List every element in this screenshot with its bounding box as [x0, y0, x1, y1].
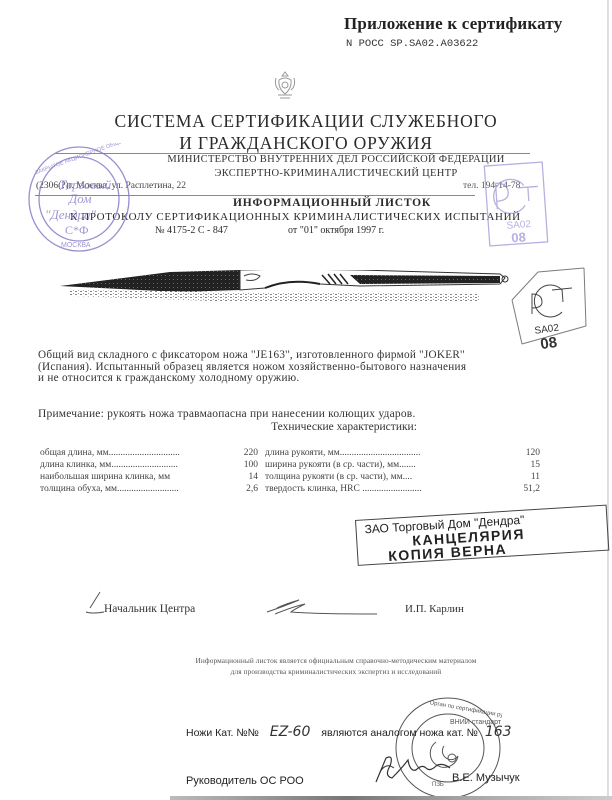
spec-row: наибольшая ширина клинка, мм 14 толщина … — [40, 472, 560, 484]
spec-value: 14 — [228, 472, 258, 482]
spec-value: 100 — [228, 460, 258, 470]
handwritten-knife-number: 163 — [485, 724, 512, 740]
svg-text:МОСКВА: МОСКВА — [61, 242, 91, 249]
spec-value: 11 — [510, 472, 540, 482]
spec-label: толщина обуха, мм.......................… — [40, 484, 179, 494]
coat-of-arms-icon — [268, 68, 302, 102]
spec-label: длина клинка, мм........................… — [40, 460, 178, 470]
note: Примечание: рукоять ножа травмаопасна пр… — [38, 408, 416, 420]
protocol-date: от "01" октября 1997 г. — [288, 225, 384, 236]
certified-copy-stamp: ЗАО Торговый Дом "Дендра" КАНЦЕЛЯРИЯ КОП… — [355, 505, 609, 566]
spec-label: ширина рукояти (в ср. части), мм....... — [265, 460, 416, 470]
description-line1: Общий вид складного с фиксатором ножа ''… — [38, 350, 578, 362]
analog-middle: являются аналогом ножа кат. № — [321, 727, 478, 739]
spec-value: 15 — [510, 460, 540, 470]
os-name: В.Е. Музычук — [452, 772, 520, 784]
spec-value: 51,2 — [510, 484, 540, 494]
rst-stamp-purple: SA02 08 — [483, 160, 549, 248]
spec-label: толщина рукояти (в ср. части), мм.... — [265, 472, 412, 482]
tech-specs-title: Технические характеристики: — [38, 421, 612, 433]
copy-stamp-verified: КОПИЯ ВЕРНА — [388, 541, 508, 564]
protocol-number: № 4175-2 С - 847 — [155, 225, 228, 236]
svg-text:С*Ф: С*Ф — [65, 223, 88, 237]
spec-row: длина клинка, мм........................… — [40, 460, 560, 472]
svg-text:08: 08 — [511, 229, 526, 245]
knife-image — [60, 270, 520, 320]
handwritten-catalog-number: EZ-60 — [270, 724, 311, 740]
svg-text:08: 08 — [539, 334, 558, 350]
system-title-line1: СИСТЕМА СЕРТИФИКАЦИИ СЛУЖЕБНОГО — [0, 111, 612, 132]
spec-value: 220 — [228, 448, 258, 458]
svg-text:Дом: Дом — [67, 191, 92, 206]
spec-value: 2,6 — [228, 484, 258, 494]
description: Общий вид складного с фиксатором ножа ''… — [38, 350, 578, 385]
company-round-stamp: Торговый Дом "Дендра" С*Ф МОСКВА ЗАКРЫТО… — [25, 143, 133, 255]
spec-label: твердость клинка, HRC ..................… — [265, 484, 422, 494]
certificate-number: N РОСС SP.SA02.A03622 — [346, 38, 478, 50]
footnote-line1: Информационный листок является официальн… — [30, 656, 612, 665]
description-line3: и не относится к гражданскому холодному … — [38, 373, 578, 385]
spec-label: длина рукояти, мм.......................… — [265, 448, 421, 458]
signatory-role: Начальник Центра — [104, 603, 195, 615]
os-signature — [372, 748, 452, 786]
svg-text:"Дендра": "Дендра" — [45, 207, 97, 222]
svg-text:Торговый: Торговый — [59, 177, 112, 192]
signatory-name: И.П. Карлин — [405, 603, 464, 615]
spec-label: наибольшая ширина клинка, мм — [40, 472, 170, 482]
signature — [265, 596, 380, 618]
analog-statement: Ножи Кат. №№ EZ-60 являются аналогом нож… — [186, 724, 520, 740]
spec-value: 120 — [510, 448, 540, 458]
spec-row: толщина обуха, мм.......................… — [40, 484, 560, 496]
spec-row: общая длина, мм.........................… — [40, 448, 560, 460]
protocol-title: К ПРОТОКОЛУ СЕРТИФИКАЦИОННЫХ КРИМИНАЛИСТ… — [70, 211, 521, 223]
os-role: Руководитель ОС РОО — [186, 775, 304, 787]
appendix-title: Приложение к сертификату — [344, 14, 562, 34]
rst-stamp-black: SA02 08 — [508, 266, 588, 350]
scan-artifact-bar — [170, 796, 612, 800]
analog-prefix: Ножи Кат. №№ — [186, 727, 259, 739]
spec-label: общая длина, мм.........................… — [40, 448, 180, 458]
svg-text:ЗАКРЫТОЕ АКЦИОНЕРНОЕ ОБЩЕСТВО: ЗАКРЫТОЕ АКЦИОНЕРНОЕ ОБЩЕСТВО — [35, 143, 133, 176]
footnote-line2: для производства криминалистических эксп… — [30, 667, 612, 676]
